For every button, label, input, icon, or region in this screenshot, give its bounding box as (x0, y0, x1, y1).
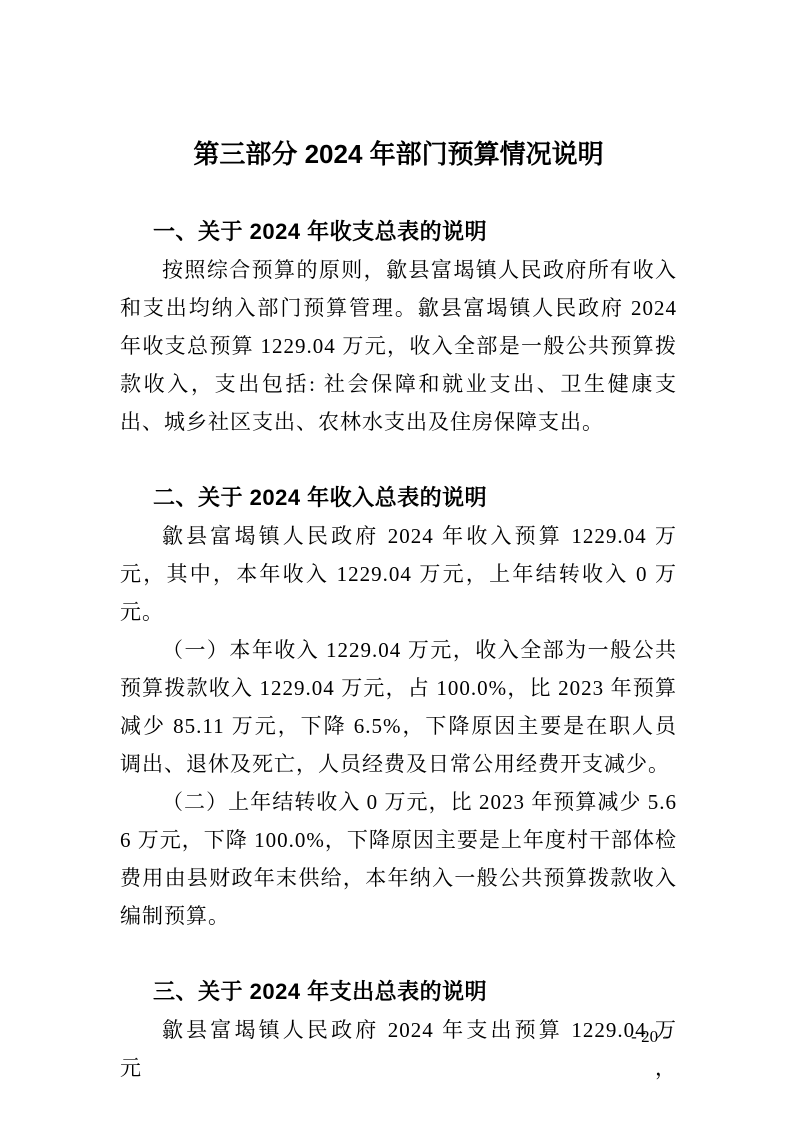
section-3-paragraph-1: 歙县富堨镇人民政府 2024 年支出预算 1229.04 万元， (120, 1011, 677, 1087)
section-2-heading: 二、关于 2024 年收入总表的说明 (120, 479, 677, 517)
page-number: - 20 - (631, 1026, 668, 1048)
section-1-heading: 一、关于 2024 年收支总表的说明 (120, 213, 677, 251)
section-income-summary: 二、关于 2024 年收入总表的说明 歙县富堨镇人民政府 2024 年收入预算 … (120, 479, 677, 935)
page-title: 第三部分 2024 年部门预算情况说明 (120, 137, 677, 171)
section-2-paragraph-2: （一）本年收入 1229.04 万元，收入全部为一般公共预算拨款收入 1229.… (120, 631, 677, 783)
section-1-paragraph-1: 按照综合预算的原则，歙县富堨镇人民政府所有收入和支出均纳入部门预算管理。歙县富堨… (120, 251, 677, 441)
section-3-heading: 三、关于 2024 年支出总表的说明 (120, 973, 677, 1011)
section-income-expense-summary: 一、关于 2024 年收支总表的说明 按照综合预算的原则，歙县富堨镇人民政府所有… (120, 213, 677, 441)
document-page: 第三部分 2024 年部门预算情况说明 一、关于 2024 年收支总表的说明 按… (0, 0, 793, 1122)
section-2-paragraph-3: （二）上年结转收入 0 万元，比 2023 年预算减少 5.66 万元，下降 1… (120, 783, 677, 935)
section-2-paragraph-1: 歙县富堨镇人民政府 2024 年收入预算 1229.04 万元，其中，本年收入 … (120, 517, 677, 631)
section-expense-summary: 三、关于 2024 年支出总表的说明 歙县富堨镇人民政府 2024 年支出预算 … (120, 973, 677, 1087)
